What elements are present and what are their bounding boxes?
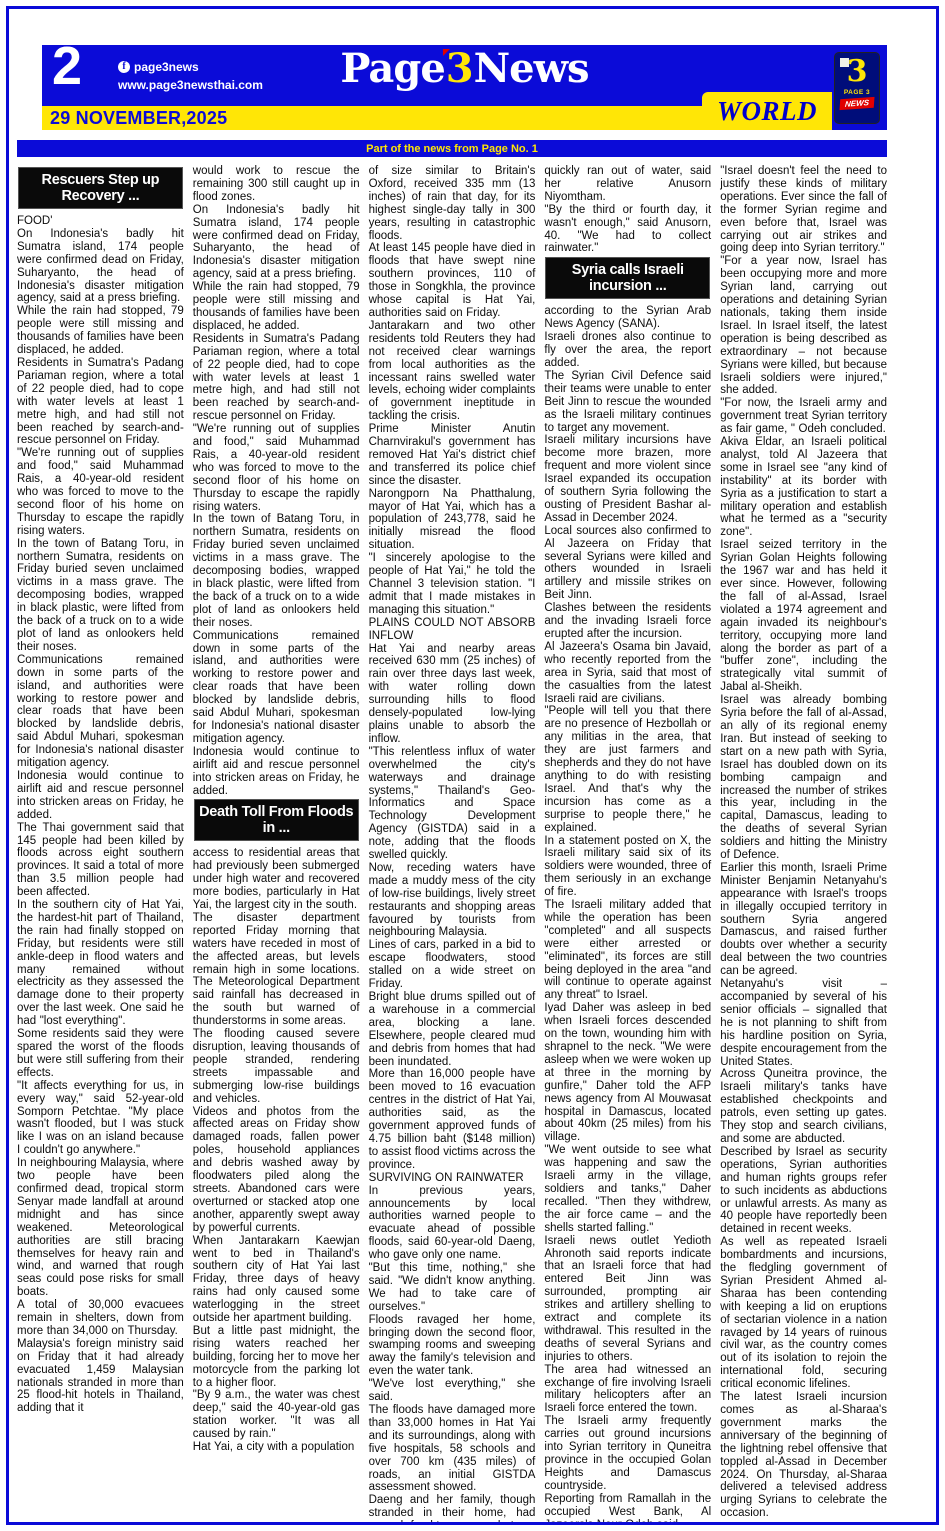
news-column: quickly ran out of water, said her relat… (544, 165, 711, 1518)
news-paragraph: PLAINS COULD NOT ABSORB INFLOW (369, 617, 536, 643)
news-paragraph: The latest Israeli incursion comes as al… (720, 1391, 887, 1520)
news-paragraph: Israel was already bombing Syria before … (720, 694, 887, 862)
news-paragraph: The Israeli army frequently carries out … (544, 1415, 711, 1492)
section-label: WORLD (717, 96, 817, 127)
news-paragraph: While the rain had stopped, 79 people we… (17, 305, 184, 357)
news-paragraph: On Indonesia's badly hit Sumatra island,… (193, 204, 360, 281)
news-paragraph: "This relentless influx of water overwhe… (369, 746, 536, 862)
news-paragraph: In the southern city of Hat Yai, the har… (17, 899, 184, 1028)
masthead-title: Page3News (340, 47, 588, 91)
page3-logo: 3 PAGE 3 NEWS (834, 52, 880, 124)
news-paragraph: In the town of Batang Toru, in northern … (193, 513, 360, 629)
news-paragraph: A total of 30,000 evacuees remain in she… (17, 1299, 184, 1338)
news-paragraph: according to the Syrian Arab News Agency… (544, 305, 711, 331)
news-paragraph: The flooding caused severe disruption, l… (193, 1028, 360, 1105)
news-paragraph: Clashes between the residents and the in… (544, 602, 711, 641)
news-paragraph: Jantarakarn and two other residents told… (369, 320, 536, 423)
website-link[interactable]: www.page3newsthai.com (118, 78, 263, 92)
news-paragraph: The disaster department reported Friday … (193, 912, 360, 1028)
news-paragraph: Bright blue drums spilled out of a wareh… (369, 991, 536, 1068)
news-paragraph: Israeli news outlet Yedioth Ahronoth sai… (544, 1235, 711, 1364)
news-paragraph: "We've lost everything," she said. (369, 1378, 536, 1404)
news-paragraph: At least 145 people have died in floods … (369, 242, 536, 319)
news-paragraph: "We're running out of supplies and food,… (193, 423, 360, 513)
news-paragraph: Communications remained down in some par… (193, 630, 360, 746)
news-paragraph: Daeng and her family, though stranded in… (369, 1494, 536, 1525)
news-paragraph: When Jantarakarn Kaewjan went to bed in … (193, 1235, 360, 1325)
section-headline: Rescuers Step up Recovery ... (18, 167, 183, 209)
news-paragraph: Narongporn Na Phatthalung, mayor of Hat … (369, 488, 536, 553)
news-paragraph: Malaysia's foreign ministry said on Frid… (17, 1338, 184, 1415)
news-paragraph: "We went outside to see what was happeni… (544, 1144, 711, 1234)
news-paragraph: "But this time, nothing," she said. "We … (369, 1262, 536, 1314)
news-paragraph: Lines of cars, parked in a bid to escape… (369, 939, 536, 991)
news-paragraph: On Indonesia's badly hit Sumatra island,… (17, 228, 184, 305)
news-paragraph: In neighbouring Malaysia, where two peop… (17, 1157, 184, 1299)
news-paragraph: quickly ran out of water, said her relat… (544, 165, 711, 204)
news-paragraph: FOOD' (17, 215, 184, 228)
news-paragraph: Al Jazeera's Osama bin Javaid, who recen… (544, 641, 711, 706)
masthead-part1: Page (340, 45, 444, 92)
masthead-part3: News (474, 45, 589, 92)
news-paragraph: Israeli drones also continue to fly over… (544, 331, 711, 370)
news-paragraph: of size similar to Britain's Oxford, rec… (369, 165, 536, 242)
news-paragraph: Indonesia would continue to airlift aid … (193, 746, 360, 798)
news-paragraph: In previous years, announcements by loca… (369, 1185, 536, 1262)
masthead-banner: 2 f page3news www.page3newsthai.com Page… (42, 45, 887, 130)
news-paragraph: Israel seized territory in the Syrian Go… (720, 539, 887, 694)
news-paragraph: The Thai government said that 145 people… (17, 822, 184, 899)
news-paragraph: Residents in Sumatra's Padang Pariaman r… (17, 357, 184, 447)
news-paragraph: In a statement posted on X, the Israeli … (544, 835, 711, 900)
columns: Rescuers Step up Recovery ...FOOD'On Ind… (17, 165, 887, 1518)
news-paragraph: The floods have damaged more than 33,000… (369, 1404, 536, 1494)
logo-subtitle: PAGE 3 (844, 89, 870, 96)
logo-news-ribbon: NEWS (839, 97, 874, 110)
news-paragraph: More than 16,000 people have been moved … (369, 1068, 536, 1171)
news-paragraph: Communications remained down in some par… (17, 654, 184, 770)
news-paragraph: The Syrian Civil Defence said their team… (544, 370, 711, 435)
news-paragraph: Floods ravaged her home, bringing down t… (369, 1314, 536, 1379)
news-paragraph: Akiva Eldar, an Israeli political analys… (720, 436, 887, 539)
news-paragraph: "It affects everything for us, in every … (17, 1080, 184, 1157)
news-paragraph: Residents in Sumatra's Padang Pariaman r… (193, 333, 360, 423)
news-paragraph: Indonesia would continue to airlift aid … (17, 770, 184, 822)
news-paragraph: "By the third or fourth day, it wasn't e… (544, 204, 711, 256)
social-handle: page3news (134, 60, 199, 74)
news-paragraph: "By 9 a.m., the water was chest deep," s… (193, 1389, 360, 1441)
masthead-part2: 3 (445, 45, 474, 92)
subheader-bar: Part of the news from Page No. 1 (17, 140, 887, 157)
news-paragraph: "I sincerely apologise to the people of … (369, 552, 536, 617)
news-paragraph: The area had witnessed an exchange of fi… (544, 1364, 711, 1416)
news-paragraph: "We're running out of supplies and food,… (17, 447, 184, 537)
news-paragraph: As well as repeated Israeli bombardments… (720, 1236, 887, 1391)
news-column: "Israel doesn't feel the need to justify… (720, 165, 887, 1518)
newspaper-page: 2 f page3news www.page3newsthai.com Page… (6, 6, 939, 1525)
edition-date: 29 NOVEMBER,2025 (42, 108, 227, 129)
news-paragraph: "People will tell you that there are no … (544, 705, 711, 834)
news-paragraph: Earlier this month, Israeli Prime Minist… (720, 862, 887, 978)
news-paragraph: Israeli military incursions have become … (544, 434, 711, 524)
news-paragraph: Reporting from Ramallah in the occupied … (544, 1493, 711, 1525)
news-paragraph: Hat Yai, a city with a population (193, 1441, 360, 1454)
news-paragraph: Prime Minister Anutin Charnvirakul's gov… (369, 423, 536, 488)
news-paragraph: "For now, the Israeli army and governmen… (720, 397, 887, 436)
section-panel: WORLD (702, 92, 832, 130)
news-paragraph: Netanyahu's visit – accompanied by sever… (720, 978, 887, 1068)
news-paragraph: The Israeli military added that while th… (544, 899, 711, 1002)
page-number: 2 (52, 39, 82, 93)
news-paragraph: While the rain had stopped, 79 people we… (193, 281, 360, 333)
news-paragraph: In the town of Batang Toru, in northern … (17, 538, 184, 654)
section-headline: Syria calls Israeli incursion ... (545, 257, 710, 299)
logo-number: 3 (847, 57, 868, 87)
news-paragraph: "For a year now, Israel has been occupyi… (720, 255, 887, 397)
logo-notch (840, 58, 849, 67)
facebook-icon: f (118, 61, 130, 73)
news-column: of size similar to Britain's Oxford, rec… (369, 165, 536, 1518)
section-headline: Death Toll From Floods in ... (194, 799, 359, 841)
news-paragraph: But a little past midnight, the rising w… (193, 1325, 360, 1390)
social-block: f page3news www.page3newsthai.com (118, 60, 263, 96)
news-paragraph: Hat Yai and nearby areas received 630 mm… (369, 643, 536, 746)
news-paragraph: "Israel doesn't feel the need to justify… (720, 165, 887, 255)
news-paragraph: Local sources also confirmed to Al Jazee… (544, 525, 711, 602)
news-column: would work to rescue the remaining 300 s… (193, 165, 360, 1518)
news-column: Rescuers Step up Recovery ...FOOD'On Ind… (17, 165, 184, 1518)
news-paragraph: access to residential areas that had pre… (193, 847, 360, 912)
news-paragraph: SURVIVING ON RAINWATER (369, 1172, 536, 1185)
news-paragraph: Some residents said they were spared the… (17, 1028, 184, 1080)
news-paragraph: Videos and photos from the affected area… (193, 1106, 360, 1235)
news-paragraph: Iyad Daher was asleep in bed when Israel… (544, 1002, 711, 1144)
news-paragraph: Described by Israel as security operatio… (720, 1146, 887, 1236)
news-paragraph: Across Quneitra province, the Israeli mi… (720, 1068, 887, 1145)
subheader-text: Part of the news from Page No. 1 (366, 143, 538, 155)
news-paragraph: Now, receding waters have made a muddy m… (369, 862, 536, 939)
news-paragraph: would work to rescue the remaining 300 s… (193, 165, 360, 204)
